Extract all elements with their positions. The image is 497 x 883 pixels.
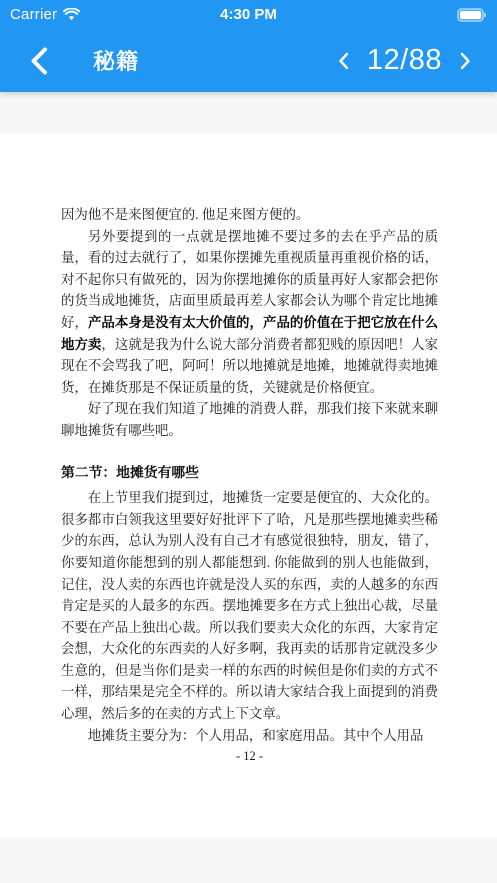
page-indicator: 12/88 [367,44,442,77]
document-text-block: 因为他不是来图便宜的. 他足来图方便的。 另外要提到的一点就是摆地摊不要过多的去… [0,133,438,764]
paragraph: 地摊货主要分为：个人用品，和家庭用品。其中个人用品 [61,725,438,747]
paragraph-text: ，这就是我为什么说大部分消费者都犯贱的原因吧！人家现在不会骂我了吧，阿呵！所以地… [61,337,438,395]
app-screen: 4:30 PM Carrier [0,0,497,883]
paragraph-continuation: 因为他不是来图便宜的. 他足来图方便的。 [61,204,438,226]
document-page[interactable]: 因为他不是来图便宜的. 他足来图方便的。 另外要提到的一点就是摆地摊不要过多的去… [0,133,497,838]
paragraph: 另外要提到的一点就是摆地摊不要过多的去在乎产品的质量，看的过去就行了，如果你摆摊… [61,226,438,399]
chevron-left-icon [338,52,349,70]
navigation-bar: 秘籍 12/88 [0,29,497,92]
chevron-right-icon [460,52,471,70]
battery-icon [457,8,487,22]
app-header: 4:30 PM Carrier [0,0,497,92]
reader-content: 因为他不是来图便宜的. 他足来图方便的。 另外要提到的一点就是摆地摊不要过多的去… [0,92,497,883]
paragraph: 在上节里我们提到过，地摊货一定要是便宜的、大众化的。很多都市白领我这里要好好批评… [61,487,438,725]
status-time: 4:30 PM [0,6,497,23]
document-page-number: - 12 - [61,749,438,764]
back-chevron-icon [30,47,48,75]
next-page-button[interactable] [457,50,473,72]
page-title: 秘籍 [93,45,139,76]
previous-page-button[interactable] [336,50,352,72]
back-button[interactable] [27,46,51,76]
section-heading: 第二节：地摊货有哪些 [61,462,438,484]
status-bar: 4:30 PM Carrier [0,0,497,29]
paragraph: 好了现在我们知道了地摊的消费人群，那我们接下来就来聊聊地摊货有哪些吧。 [61,398,438,441]
page-navigator: 12/88 [336,44,473,77]
